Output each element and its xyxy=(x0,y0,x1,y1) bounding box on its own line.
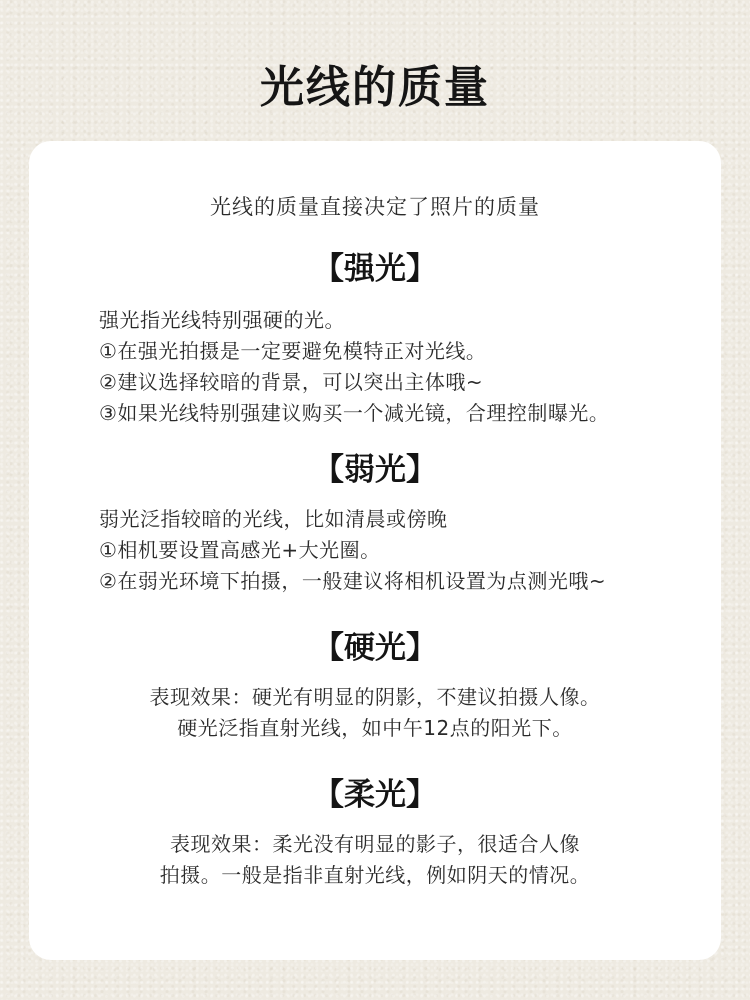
body-line: ①在强光拍摄是一定要避免模特正对光线。 xyxy=(99,336,609,367)
section-body-strong-light: 强光指光线特别强硬的光。 ①在强光拍摄是一定要避免模特正对光线。 ②建议选择较暗… xyxy=(99,305,609,429)
section-heading-strong-light: 【强光】 xyxy=(29,249,721,289)
subtitle: 光线的质量直接决定了照片的质量 xyxy=(29,191,721,223)
body-line: 拍摄。一般是指非直射光线，例如阴天的情况。 xyxy=(29,860,721,891)
body-line: 强光指光线特别强硬的光。 xyxy=(99,305,609,336)
body-line: 表现效果：柔光没有明显的影子，很适合人像 xyxy=(29,829,721,860)
body-line: ②在弱光环境下拍摄，一般建议将相机设置为点测光哦~ xyxy=(99,566,606,597)
body-line: 硬光泛指直射光线，如中午12点的阳光下。 xyxy=(29,713,721,744)
body-line: ③如果光线特别强建议购买一个减光镜，合理控制曝光。 xyxy=(99,398,609,429)
page-title: 光线的质量 xyxy=(0,60,750,116)
body-line: ①相机要设置高感光+大光圈。 xyxy=(99,535,606,566)
body-line: 弱光泛指较暗的光线，比如清晨或傍晚 xyxy=(99,504,606,535)
section-heading-weak-light: 【弱光】 xyxy=(29,450,721,490)
section-body-weak-light: 弱光泛指较暗的光线，比如清晨或傍晚 ①相机要设置高感光+大光圈。 ②在弱光环境下… xyxy=(99,504,606,597)
section-body-soft-light: 表现效果：柔光没有明显的影子，很适合人像 拍摄。一般是指非直射光线，例如阴天的情… xyxy=(29,829,721,891)
body-line: ②建议选择较暗的背景，可以突出主体哦~ xyxy=(99,367,609,398)
section-heading-hard-light: 【硬光】 xyxy=(29,628,721,668)
section-heading-soft-light: 【柔光】 xyxy=(29,775,721,815)
content-card: 光线的质量直接决定了照片的质量 【强光】 强光指光线特别强硬的光。 ①在强光拍摄… xyxy=(29,141,721,960)
section-body-hard-light: 表现效果：硬光有明显的阴影，不建议拍摄人像。 硬光泛指直射光线，如中午12点的阳… xyxy=(29,682,721,744)
body-line: 表现效果：硬光有明显的阴影，不建议拍摄人像。 xyxy=(29,682,721,713)
